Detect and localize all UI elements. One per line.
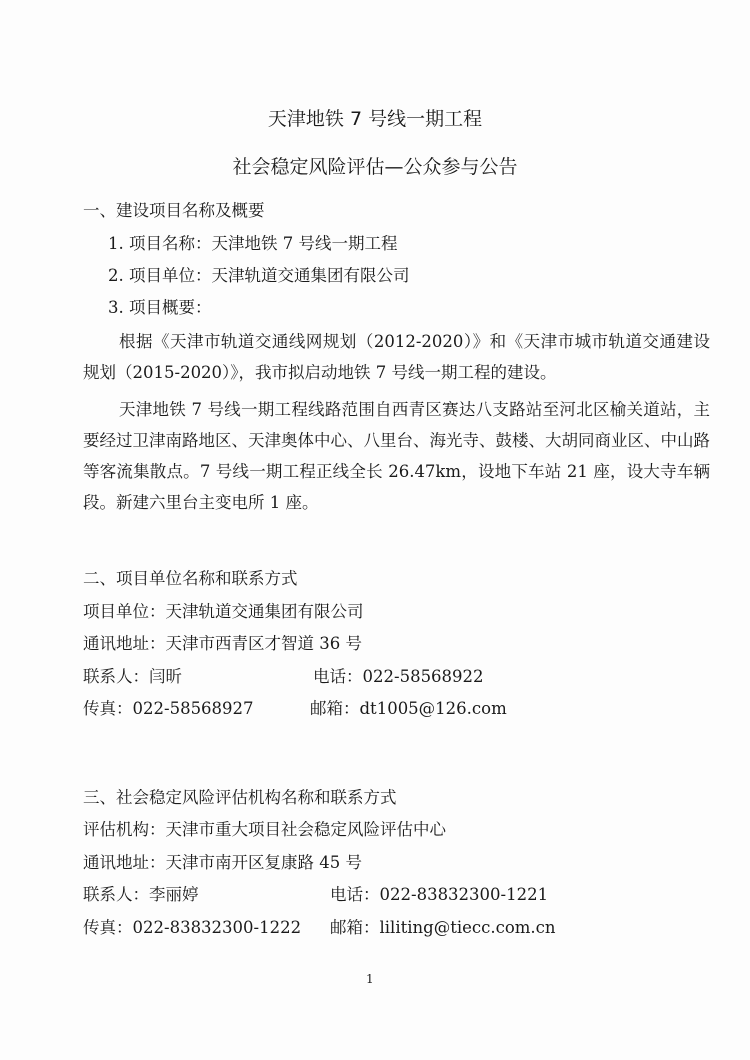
title-line-2: 社会稳定风险评估—公众参与公告 (0, 152, 750, 179)
page-number: 1 (366, 972, 374, 986)
section2-email: 邮箱：dt1005@126.com (310, 699, 507, 719)
section2-address: 通讯地址：天津市西青区才智道 36 号 (83, 634, 362, 654)
section3-contact: 联系人：李丽婷 (83, 885, 199, 905)
section3-address: 通讯地址：天津市南开区复康路 45 号 (83, 853, 362, 873)
section2-heading: 二、项目单位名称和联系方式 (83, 569, 298, 589)
item-project-name: 1. 项目名称：天津地铁 7 号线一期工程 (108, 234, 397, 254)
overview-paragraph-1: 根据《天津市轨道交通线网规划（2012-2020）》和《天津市城市轨道交通建设规… (83, 326, 710, 388)
section3-phone: 电话：022-83832300-1221 (330, 885, 548, 905)
section3-agency: 评估机构：天津市重大项目社会稳定风险评估中心 (83, 820, 446, 840)
overview-paragraph-2: 天津地铁 7 号线一期工程线路范围自西青区赛达八支路站至河北区榆关道站，主要经过… (83, 394, 710, 518)
section3-fax: 传真：022-83832300-1222 (83, 918, 301, 938)
section2-contact: 联系人：闫昕 (83, 667, 182, 687)
section2-unit: 项目单位：天津轨道交通集团有限公司 (83, 602, 364, 622)
item-project-overview: 3. 项目概要： (108, 298, 212, 318)
section2-phone: 电话：022-58568922 (313, 667, 484, 687)
section3-email: 邮箱：liliting@tiecc.com.cn (330, 918, 556, 938)
section1-heading: 一、建设项目名称及概要 (83, 201, 265, 221)
item-project-unit: 2. 项目单位：天津轨道交通集团有限公司 (108, 266, 410, 286)
section3-heading: 三、社会稳定风险评估机构名称和联系方式 (83, 788, 397, 808)
title-line-1: 天津地铁 7 号线一期工程 (0, 104, 750, 131)
section2-fax: 传真：022-58568927 (83, 699, 254, 719)
